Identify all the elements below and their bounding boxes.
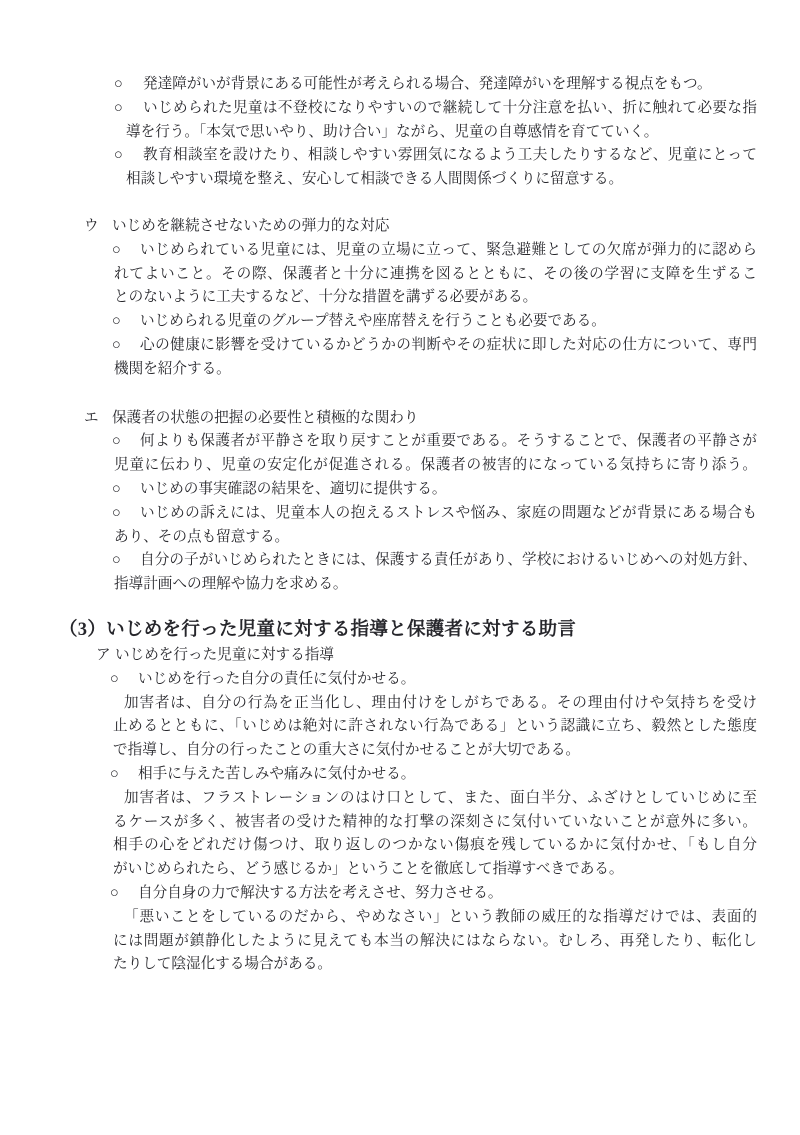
subsection-label-line: エ保護者の状態の把握の必要性と積極的な関わり xyxy=(0,407,800,431)
line-text: （3）いじめを行った児童に対する指導と保護者に対する助言 xyxy=(59,620,576,640)
bullet-item-line: ○いじめの事実確認の結果を、適切に提供する。 xyxy=(0,478,800,502)
line-text: いじめを行った児童に対する指導 xyxy=(115,647,334,663)
continuation-line: で指導し、自分の行ったことの重大さに気付かせることが大切である。 xyxy=(0,739,800,763)
line-text: いじめを行った自分の責任に気付かせる。 xyxy=(138,671,415,687)
line-text: 「悪いことをしているのだから、やめなさい」という教師の威圧的な指導だけでは、表面… xyxy=(124,909,757,925)
line-text: れてよいこと。その際、保護者と十分に連携を図るとともに、その後の学習に支障を生ず… xyxy=(114,266,757,282)
bullet-item-line: ○自分の子がいじめられたときには、保護する責任があり、学校におけるいじめへの対処… xyxy=(0,549,800,573)
line-text: 加害者は、フラストレーションのはけ口として、また、面白半分、ふざけとしていじめに… xyxy=(124,790,757,806)
circle-bullet-marker: ○ xyxy=(114,144,123,168)
line-text: るケースが多く、被害者の受けた精神的な打撃の深刻さに気付いていないことが意外に多… xyxy=(113,814,757,830)
bullet-item-line: ○いじめられる児童のグループ替えや座席替えを行うことも必要である。 xyxy=(0,310,800,334)
bullet-item-line: ○心の健康に影響を受けているかどうかの判断やその症状に即した対応の仕方について、… xyxy=(0,334,800,358)
line-text: 加害者は、自分の行為を正当化し、理由付けをしがちである。その理由付けや気持ちを受… xyxy=(124,695,757,711)
circle-bullet-marker: ○ xyxy=(112,502,121,526)
line-text: とのないように工夫するなど、十分な措置を講ずる必要がある。 xyxy=(114,289,537,305)
paragraph-first-line: 「悪いことをしているのだから、やめなさい」という教師の威圧的な指導だけでは、表面… xyxy=(0,906,800,930)
continuation-line: 導を行う。「本気で思いやり、助け合い」ながら、児童の自尊感情を育てていく。 xyxy=(0,121,800,145)
circle-bullet-marker: ○ xyxy=(114,73,123,97)
line-text: 相手に与えた苦しみや痛みに気付かせる。 xyxy=(138,766,415,782)
kana-label: ア xyxy=(96,644,111,668)
continuation-line: 児童に伝わり、児童の安定化が促進される。保護者の被害的になっている気持ちに寄り添… xyxy=(0,454,800,478)
line-text: 教育相談室を設けたり、相談しやすい雰囲気になるよう工夫したりするなど、児童にとっ… xyxy=(143,147,757,163)
circle-bullet-marker: ○ xyxy=(112,334,121,358)
line-text: 機関を紹介する。 xyxy=(114,361,231,377)
document-page: ○発達障がいが背景にある可能性が考えられる場合、発達障がいを理解する視点をもつ。… xyxy=(0,0,800,1135)
bullet-item-line: ○教育相談室を設けたり、相談しやすい雰囲気になるよう工夫したりするなど、児童にと… xyxy=(0,144,800,168)
circle-bullet-marker: ○ xyxy=(112,239,121,263)
continuation-line: 相手の心をどれだけ傷つけ、取り返しのつかない傷痕を残しているかに気付かせ、「もし… xyxy=(0,834,800,858)
continuation-line: たりして陰湿化する場合がある。 xyxy=(0,953,800,977)
kana-label: ウ xyxy=(84,215,99,239)
line-text: 何よりも保護者が平静さを取り戻すことが重要である。そうすることで、保護者の平静さ… xyxy=(140,433,757,449)
circle-bullet-marker: ○ xyxy=(114,97,123,121)
line-text: いじめられている児童には、児童の立場に立って、緊急避難としての欠席が弾力的に認め… xyxy=(140,242,757,258)
continuation-line: 指導計画への理解や協力を求める。 xyxy=(0,573,800,597)
line-text: 相談しやすい環境を整え、安心して相談できる人間関係づくりに留意する。 xyxy=(126,171,623,187)
bullet-item-line: ○いじめられた児童は不登校になりやすいので継続して十分注意を払い、折に触れて必要… xyxy=(0,97,800,121)
line-text: 発達障がいが背景にある可能性が考えられる場合、発達障がいを理解する視点をもつ。 xyxy=(143,76,712,92)
paragraph-first-line: 加害者は、自分の行為を正当化し、理由付けをしがちである。その理由付けや気持ちを受… xyxy=(0,692,800,716)
circle-bullet-marker: ○ xyxy=(110,882,119,906)
circle-bullet-marker: ○ xyxy=(110,763,119,787)
continuation-line: とのないように工夫するなど、十分な措置を講ずる必要がある。 xyxy=(0,286,800,310)
continuation-line: には問題が鎮静化したように見えても本当の解決にはならない。むしろ、再発したり、転… xyxy=(0,930,800,954)
kana-label: エ xyxy=(84,407,99,431)
bullet-item-line: ○いじめられている児童には、児童の立場に立って、緊急避難としての欠席が弾力的に認… xyxy=(0,239,800,263)
continuation-line: 機関を紹介する。 xyxy=(0,358,800,382)
circle-bullet-marker: ○ xyxy=(112,310,121,334)
bullet-item-line: ○いじめを行った自分の責任に気付かせる。 xyxy=(0,668,800,692)
continuation-line: がいじめられたら、どう感じるか」ということを徹底して指導すべきである。 xyxy=(0,858,800,882)
line-text: いじめの訴えには、児童本人の抱えるストレスや悩み、家庭の問題などが背景にある場合… xyxy=(140,505,757,521)
line-text: いじめられる児童のグループ替えや座席替えを行うことも必要である。 xyxy=(140,313,606,329)
subsection-label-line: ウいじめを継続させないための弾力的な対応 xyxy=(0,215,800,239)
line-text: で指導し、自分の行ったことの重大さに気付かせることが大切である。 xyxy=(113,742,580,758)
line-text: いじめられた児童は不登校になりやすいので継続して十分注意を払い、折に触れて必要な… xyxy=(143,100,757,116)
line-text: 導を行う。「本気で思いやり、助け合い」ながら、児童の自尊感情を育てていく。 xyxy=(126,124,658,140)
line-text: たりして陰湿化する場合がある。 xyxy=(113,956,332,972)
line-text: 心の健康に影響を受けているかどうかの判断やその症状に即した対応の仕方について、専… xyxy=(140,337,757,353)
line-text: 児童に伝わり、児童の安定化が促進される。保護者の被害的になっている気持ちに寄り添… xyxy=(114,457,757,473)
bullet-item-line: ○自分自身の力で解決する方法を考えさせ、努力させる。 xyxy=(0,882,800,906)
line-text: には問題が鎮静化したように見えても本当の解決にはならない。むしろ、再発したり、転… xyxy=(113,933,757,949)
document-body: ○発達障がいが背景にある可能性が考えられる場合、発達障がいを理解する視点をもつ。… xyxy=(0,73,800,977)
circle-bullet-marker: ○ xyxy=(112,478,121,502)
line-text: 止めるとともに、「いじめは絶対に許されない行為である」という認識に立ち、毅然とし… xyxy=(113,718,757,734)
paragraph-first-line: 加害者は、フラストレーションのはけ口として、また、面白半分、ふざけとしていじめに… xyxy=(0,787,800,811)
line-text: あり、その点も留意する。 xyxy=(114,529,289,545)
line-text: 自分の子がいじめられたときには、保護する責任があり、学校におけるいじめへの対処方… xyxy=(140,552,757,568)
circle-bullet-marker: ○ xyxy=(112,549,121,573)
bullet-item-line: ○発達障がいが背景にある可能性が考えられる場合、発達障がいを理解する視点をもつ。 xyxy=(0,73,800,97)
line-text: いじめを継続させないための弾力的な対応 xyxy=(112,218,389,234)
continuation-line: れてよいこと。その際、保護者と十分に連携を図るとともに、その後の学習に支障を生ず… xyxy=(0,263,800,287)
bullet-item-line: ○いじめの訴えには、児童本人の抱えるストレスや悩み、家庭の問題などが背景にある場… xyxy=(0,502,800,526)
bullet-item-line: ○相手に与えた苦しみや痛みに気付かせる。 xyxy=(0,763,800,787)
line-text: 保護者の状態の把握の必要性と積極的な関わり xyxy=(112,410,418,426)
line-text: がいじめられたら、どう感じるか」ということを徹底して指導すべきである。 xyxy=(113,861,624,877)
continuation-line: るケースが多く、被害者の受けた精神的な打撃の深刻さに気付いていないことが意外に多… xyxy=(0,811,800,835)
line-text: 指導計画への理解や協力を求める。 xyxy=(114,576,348,592)
continuation-line: あり、その点も留意する。 xyxy=(0,526,800,550)
circle-bullet-marker: ○ xyxy=(112,430,121,454)
section-heading: （3）いじめを行った児童に対する指導と保護者に対する助言 xyxy=(0,617,800,644)
line-text: 相手の心をどれだけ傷つけ、取り返しのつかない傷痕を残しているかに気付かせ、「もし… xyxy=(113,837,757,853)
continuation-line: 相談しやすい環境を整え、安心して相談できる人間関係づくりに留意する。 xyxy=(0,168,800,192)
circle-bullet-marker: ○ xyxy=(110,668,119,692)
line-text: 自分自身の力で解決する方法を考えさせ、努力させる。 xyxy=(138,885,502,901)
line-text: いじめの事実確認の結果を、適切に提供する。 xyxy=(140,481,446,497)
bullet-item-line: ○何よりも保護者が平静さを取り戻すことが重要である。そうすることで、保護者の平静… xyxy=(0,430,800,454)
continuation-line: 止めるとともに、「いじめは絶対に許されない行為である」という認識に立ち、毅然とし… xyxy=(0,715,800,739)
subsection-label-line: アいじめを行った児童に対する指導 xyxy=(0,644,800,668)
